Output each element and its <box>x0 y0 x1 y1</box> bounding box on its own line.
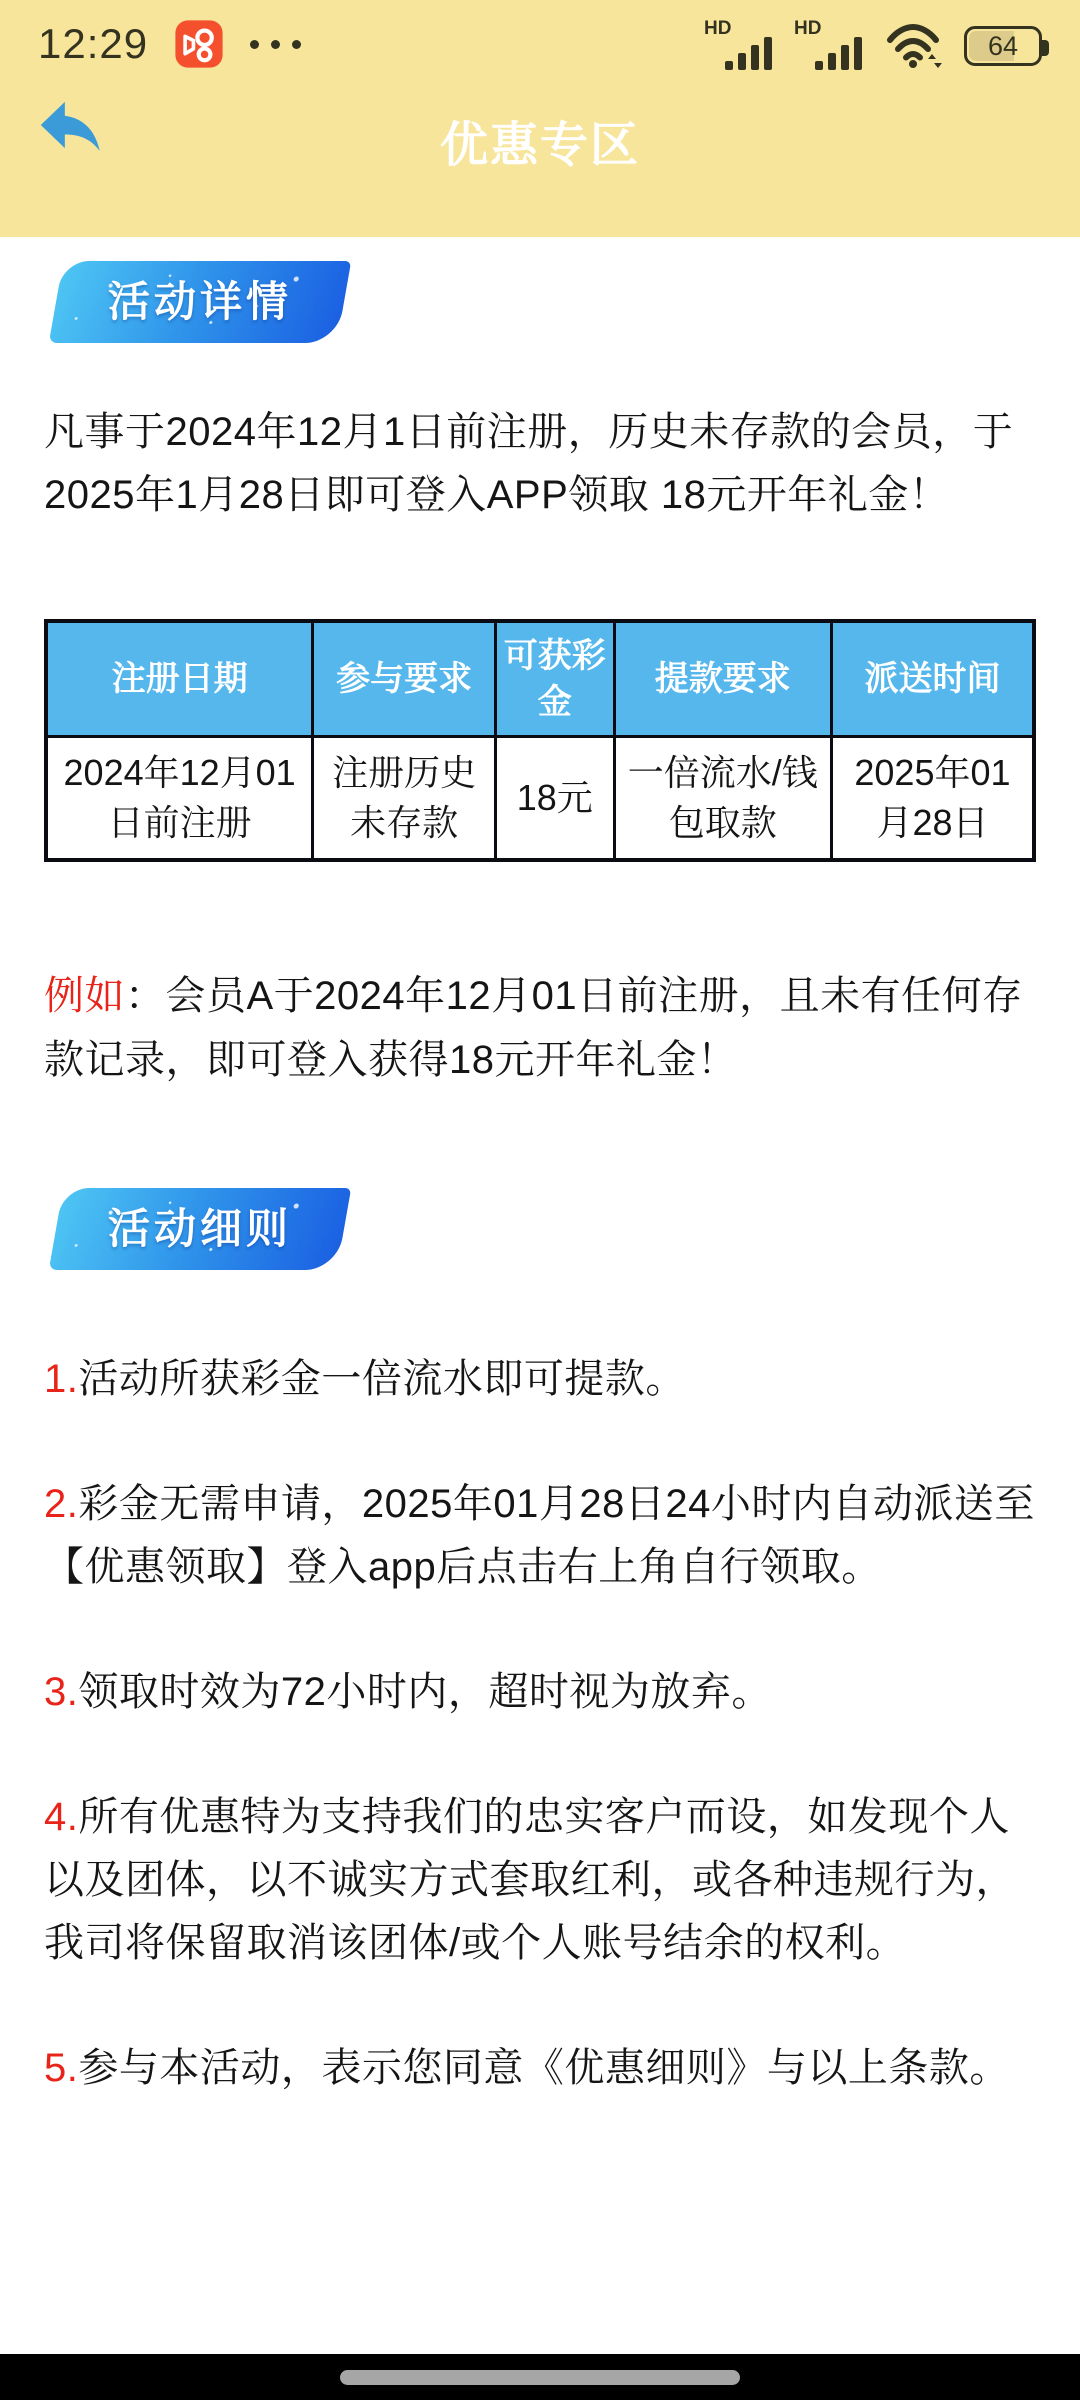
promo-intro-text: 凡事于2024年12月1日前注册，历史未存款的会员，于2025年1月28日即可登… <box>44 401 1036 527</box>
cellular-signal-2-icon: HD <box>794 18 866 70</box>
system-nav-bar <box>0 2354 1080 2400</box>
cell-bonus: 18元 <box>496 737 615 861</box>
example-body: ：会员A于2024年12月01日前注册，且未有任何存款记录，即可登入获得18元开… <box>44 974 1023 1082</box>
status-bar: 12:29 HD <box>0 0 1080 70</box>
rule-item-2: 2.彩金无需申请，2025年01月28日24小时内自动派送至【优惠领取】登入ap… <box>44 1473 1036 1599</box>
top-area: 12:29 HD <box>0 0 1080 237</box>
battery-percent: 64 <box>988 31 1018 62</box>
example-label: 例如 <box>44 974 125 1018</box>
kuaishou-app-icon <box>174 19 224 69</box>
promo-screen: 12:29 HD <box>0 0 1080 2400</box>
cell-register-date: 2024年12月01日前注册 <box>46 737 313 861</box>
promo-table: 注册日期 参与要求 可获彩金 提款要求 派送时间 2024年12月01日前注册 … <box>44 619 1036 862</box>
app-header: 优惠专区 <box>0 70 1080 237</box>
cell-delivery-time: 2025年01月28日 <box>831 737 1034 861</box>
notification-dots-icon <box>250 40 301 49</box>
clock: 12:29 <box>38 20 148 68</box>
promo-content: 活动详情 凡事于2024年12月1日前注册，历史未存款的会员，于2025年1月2… <box>0 237 1080 2100</box>
table-header-delivery-time: 派送时间 <box>831 621 1034 737</box>
wifi-icon <box>884 18 946 70</box>
table-header-bonus: 可获彩金 <box>496 621 615 737</box>
table-row: 2024年12月01日前注册 注册历史未存款 18元 一倍流水/钱包取款 202… <box>46 737 1034 861</box>
table-header-withdrawal: 提款要求 <box>614 621 831 737</box>
table-header-requirement: 参与要求 <box>313 621 496 737</box>
section-badge-details: 活动详情 <box>49 261 351 343</box>
rule-item-4: 4.所有优惠特为支持我们的忠实客户而设，如发现个人以及团体，以不诚实方式套取红利… <box>44 1786 1036 1975</box>
table-header-register-date: 注册日期 <box>46 621 313 737</box>
home-indicator[interactable] <box>340 2370 740 2385</box>
cell-withdrawal: 一倍流水/钱包取款 <box>614 737 831 861</box>
battery-icon: 64 <box>964 26 1042 66</box>
rule-item-1: 1.活动所获彩金一倍流水即可提款。 <box>44 1348 1036 1411</box>
rule-item-5: 5.参与本活动，表示您同意《优惠细则》与以上条款。 <box>44 2037 1036 2100</box>
section-badge-details-label: 活动详情 <box>108 261 292 343</box>
rules-list: 1.活动所获彩金一倍流水即可提款。 2.彩金无需申请，2025年01月28日24… <box>44 1348 1036 2100</box>
section-badge-rules: 活动细则 <box>49 1188 351 1270</box>
section-badge-rules-label: 活动细则 <box>108 1188 292 1270</box>
cellular-signal-1-icon: HD <box>704 18 776 70</box>
example-paragraph: 例如：会员A于2024年12月01日前注册，且未有任何存款记录，即可登入获得18… <box>44 964 1036 1092</box>
table-header-row: 注册日期 参与要求 可获彩金 提款要求 派送时间 <box>46 621 1034 737</box>
rule-item-3: 3.领取时效为72小时内，超时视为放弃。 <box>44 1661 1036 1724</box>
cell-requirement: 注册历史未存款 <box>313 737 496 861</box>
page-title: 优惠专区 <box>0 106 1080 175</box>
